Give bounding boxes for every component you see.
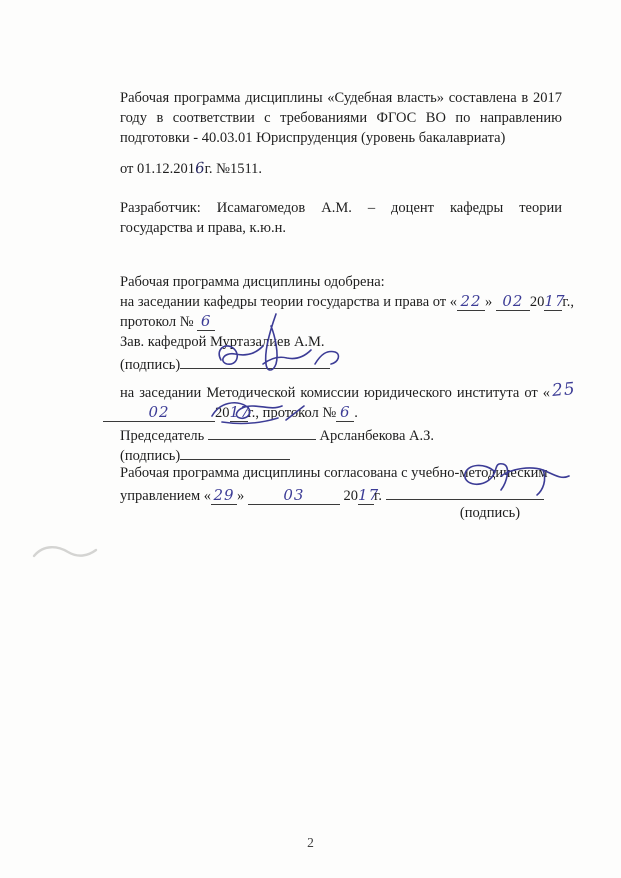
agreement-line1: Рабочая программа дисциплины согласована… bbox=[120, 463, 562, 483]
approval-protocol-label: протокол № bbox=[120, 314, 194, 330]
order-line-text: от 01.12.201 bbox=[120, 161, 195, 177]
page-number: 2 bbox=[0, 833, 621, 853]
approval-line-prefix: на заседании кафедры теории государства … bbox=[120, 294, 457, 310]
approval-sign-line: (подпись) bbox=[120, 352, 330, 375]
approval-sign-label: (подпись) bbox=[120, 357, 180, 373]
approval-meeting-line: на заседании кафедры теории государства … bbox=[120, 292, 574, 312]
order-year-handwritten-digit: 6 bbox=[194, 158, 205, 179]
method-year-printed: 20 bbox=[215, 405, 230, 421]
approval-protocol-line: протокол № 6 bbox=[120, 312, 215, 332]
agreement-after-day: » bbox=[237, 488, 244, 504]
approval-after-day: » bbox=[485, 294, 492, 310]
order-line-suffix: г. №1511. bbox=[205, 161, 262, 177]
approval-year-printed: 20 bbox=[530, 294, 545, 310]
developer-paragraph: Разработчик: Исамагомедов А.М. – доцент … bbox=[120, 198, 562, 238]
approval-day-handwritten: 22 bbox=[457, 294, 485, 311]
method-protocol-line: 022017г., протокол №6. bbox=[103, 403, 358, 423]
method-line-period: . bbox=[354, 405, 358, 421]
agreement-sign-blank-line bbox=[386, 483, 544, 500]
method-year-handwritten: 17 bbox=[230, 405, 248, 422]
method-meeting-line: на заседании Методической комиссии юриди… bbox=[120, 383, 550, 403]
method-chair-name: Арсланбекова А.З. bbox=[320, 428, 434, 444]
method-sign-blank-line bbox=[180, 443, 290, 460]
agreement-suffix: г. bbox=[374, 488, 382, 504]
method-line-mid: г., протокол № bbox=[248, 405, 337, 421]
intro-paragraph: Рабочая программа дисциплины «Судебная в… bbox=[120, 88, 562, 148]
agreement-year-printed: 20 bbox=[344, 488, 359, 504]
method-day-handwritten: 25 bbox=[551, 379, 576, 401]
scanned-document-page: Рабочая программа дисциплины «Судебная в… bbox=[0, 0, 621, 878]
agreement-sign-label: (подпись) bbox=[410, 503, 570, 523]
approval-head-line: Зав. кафедрой Муртазалиев А.М. bbox=[120, 332, 325, 352]
method-chair-sign-blank bbox=[208, 423, 316, 440]
pencil-squiggle-mark-icon bbox=[28, 540, 100, 570]
agreement-month-handwritten: 03 bbox=[248, 488, 340, 505]
order-line: от 01.12.2016г. №1511. bbox=[120, 158, 262, 179]
approval-title: Рабочая программа дисциплины одобрена: bbox=[120, 272, 385, 292]
method-sign-label: (подпись) bbox=[120, 448, 180, 464]
agreement-year-handwritten: 17 bbox=[358, 488, 374, 505]
method-chair-label: Председатель bbox=[120, 428, 204, 444]
agreement-day-handwritten: 29 bbox=[211, 488, 237, 505]
method-protocol-number-handwritten: 6 bbox=[336, 405, 354, 422]
agreement-line2-prefix: управлением « bbox=[120, 488, 211, 504]
method-month-handwritten: 02 bbox=[103, 405, 215, 422]
approval-protocol-number-handwritten: 6 bbox=[197, 314, 215, 331]
approval-line-suffix: г., bbox=[562, 294, 574, 310]
approval-year-handwritten: 17 bbox=[544, 294, 562, 311]
approval-sign-blank-line bbox=[180, 352, 330, 369]
approval-month-handwritten: 02 bbox=[496, 294, 530, 311]
